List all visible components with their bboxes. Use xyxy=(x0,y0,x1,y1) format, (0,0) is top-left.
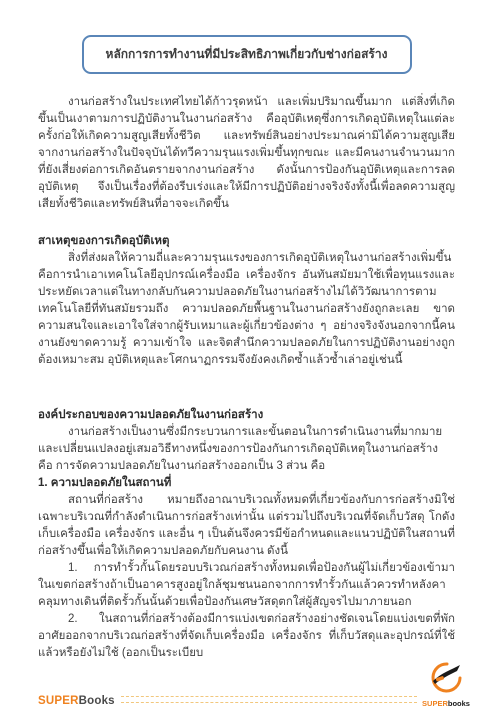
site-safety-paragraph: สถานที่ก่อสร้าง หมายถึงอาณาบริเวณทั้งหมด… xyxy=(38,492,455,560)
publisher-logo: SUPERbooks xyxy=(423,662,469,708)
site-safety-item-2: 2. ในสถานที่ก่อสร้างต้องมีการแบ่งเขตก่อส… xyxy=(38,611,455,662)
logo-wordmark-books: books xyxy=(448,699,470,708)
title-box: หลักการการทำงานที่มีประสิทธิภาพเกี่ยวกับ… xyxy=(82,35,412,74)
page-footer: SUPERBooks SUPERbooks xyxy=(38,662,469,708)
subsection-heading-site-safety: 1. ความปลอดภัยในสถานที่ xyxy=(38,475,455,492)
logo-wordmark: SUPERbooks xyxy=(422,699,470,708)
footer-brand-books: Books xyxy=(79,695,115,707)
section-heading-causes: สาเหตุของการเกิดอุบัติเหตุ xyxy=(38,233,455,250)
page-title: หลักการการทำงานที่มีประสิทธิภาพเกี่ยวกับ… xyxy=(106,47,388,61)
footer-brand: SUPERBooks xyxy=(38,695,115,708)
intro-paragraph: งานก่อสร้างในประเทศไทยได้ก้าวรุดหน้า และ… xyxy=(38,94,455,213)
components-paragraph: งานก่อสร้างเป็นงานซึ่งมีกระบวนการและขั้น… xyxy=(38,424,455,475)
site-safety-item-1: 1. การทำรั้วกั้นโดยรอบบริเวณก่อสร้างทั้ง… xyxy=(38,560,455,611)
section-heading-components: องค์ประกอบของความปลอดภัยในงานก่อสร้าง xyxy=(38,407,455,424)
causes-paragraph: สิ่งที่ส่งผลให้ความถี่และความรุนแรงของกา… xyxy=(38,250,455,369)
logo-wordmark-super: SUPER xyxy=(422,699,448,708)
footer-brand-super: SUPER xyxy=(38,695,79,707)
footer-divider xyxy=(121,696,417,703)
superbooks-logo-icon xyxy=(430,662,462,699)
document-page: หลักการการทำงานที่มีประสิทธิภาพเกี่ยวกับ… xyxy=(0,0,489,728)
